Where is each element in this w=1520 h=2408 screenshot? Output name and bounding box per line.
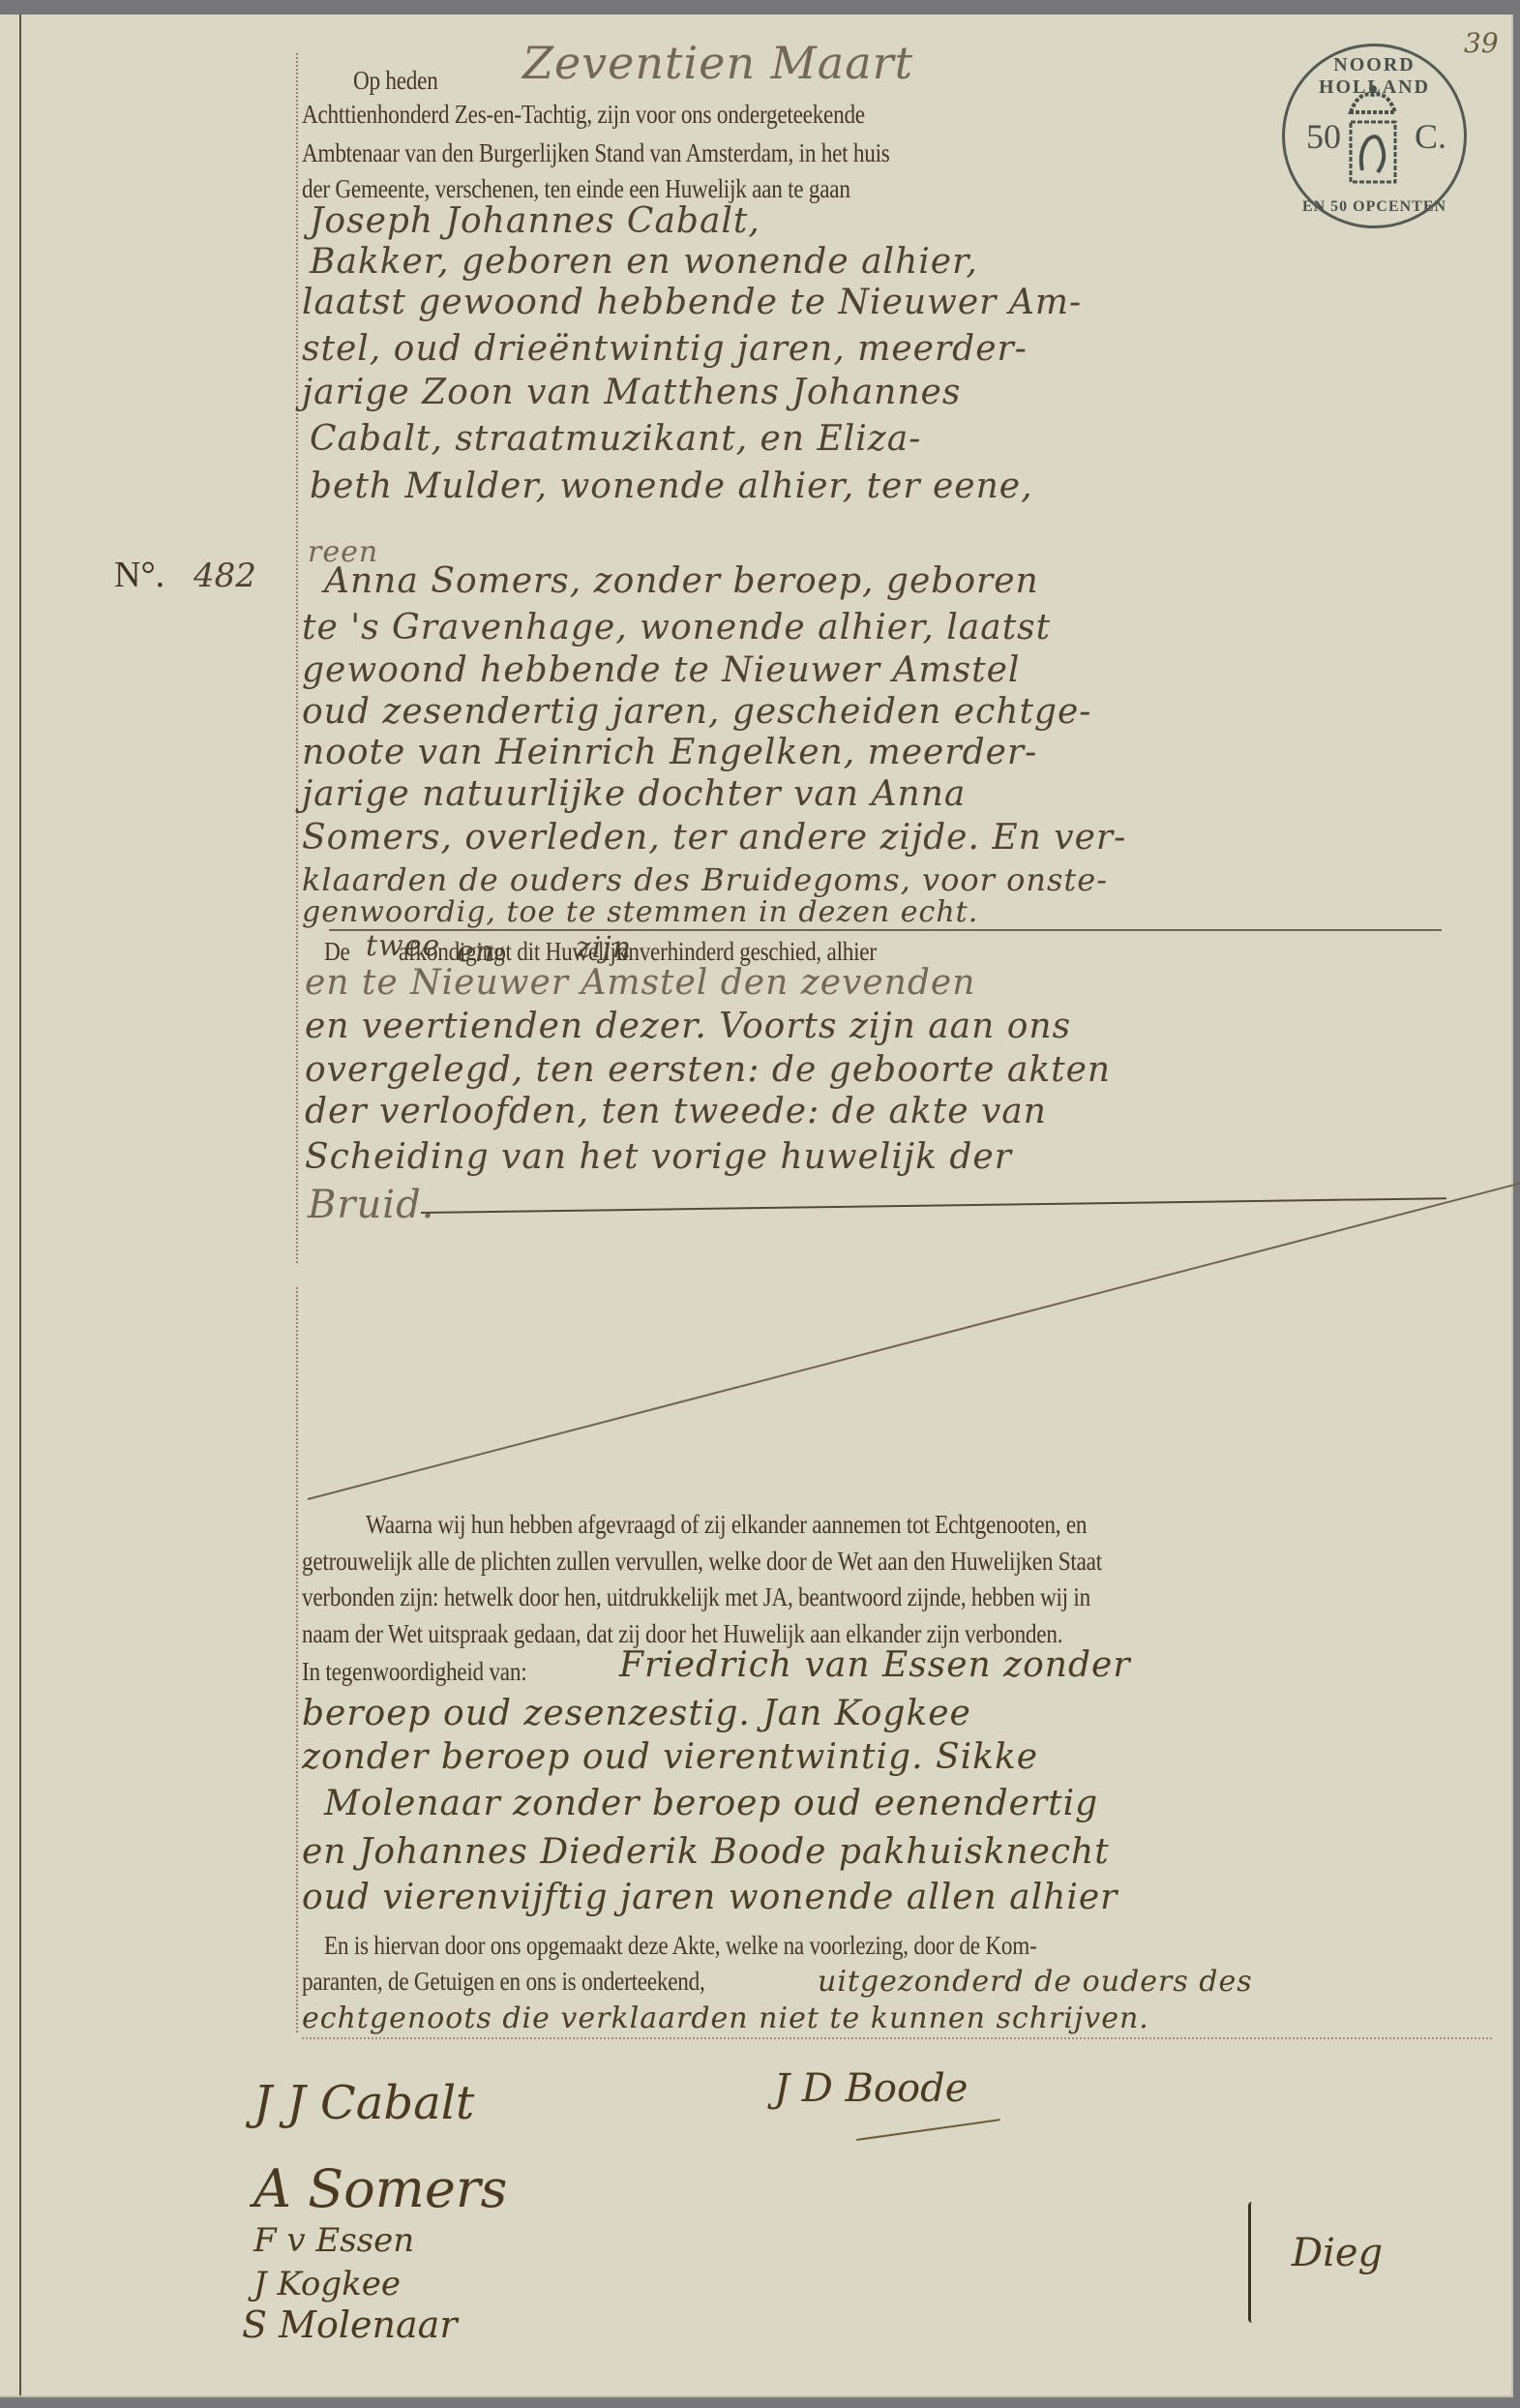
closing-line-1: En is hiervan door ons opgemaakt deze Ak… (324, 1931, 1037, 1961)
bride-line-2: te 's Gravenhage, wonende alhier, laatst (302, 608, 1051, 647)
bride-line-7: Somers, overleden, ter andere zijde. En … (302, 818, 1126, 858)
proclamation-line-6: Bruid. (308, 1183, 434, 1227)
date-handwritten: Zeventien Maart (522, 37, 913, 89)
closing-hand-2: echtgenoots die verklaarden niet te kunn… (302, 2002, 1149, 2035)
closing-line-2: paranten, de Getuigen en ons is ondertee… (302, 1967, 705, 1997)
witness-line-3: zonder beroep oud vierentwintig. Sikke (302, 1737, 1038, 1777)
bride-line-5: noote van Heinrich Engelken, meerder- (302, 733, 1037, 772)
signature-witness-boode: J D Boode (774, 2066, 968, 2111)
witness-line-5: en Johannes Diederik Boode pakhuisknecht (302, 1832, 1110, 1872)
groom-line-7: beth Mulder, wonende alhier, ter eene, (310, 467, 1033, 506)
witness-line-2: beroep oud zesenzestig. Jan Kogkee (302, 1694, 971, 1733)
intro-line-2: Achttienhonderd Zes-en-Tachtig, zijn voo… (302, 100, 865, 130)
signature-witness-molenaar: S Molenaar (242, 2303, 458, 2346)
binding-edge (19, 15, 21, 2395)
groom-line-4: stel, oud drieëntwintig jaren, meerder- (302, 329, 1028, 369)
ceremony-line-5: In tegenwoordigheid van: (302, 1657, 526, 1687)
groom-line-5: jarige Zoon van Matthens Johannes (302, 373, 961, 412)
proclamation-line-4: der verloofden, ten tweede: de akte van (305, 1092, 1047, 1131)
ceremony-line-3: verbonden zijn: hetwelk door hen, uitdru… (302, 1582, 1090, 1612)
groom-line-3: laatst gewoond hebbende te Nieuwer Am- (302, 283, 1082, 322)
groom-line-6: Cabalt, straatmuzikant, en Eliza- (310, 419, 921, 459)
page-number: 39 (1464, 27, 1499, 59)
intro-line-3: Ambtenaar van den Burgerlijken Stand van… (302, 138, 890, 168)
ceremony-line-1: Waarna wij hun hebben afgevraagd of zij … (366, 1510, 1087, 1540)
bride-line-6: jarige natuurlijke dochter van Anna (302, 774, 966, 814)
signature-witness-essen: F v Essen (253, 2221, 414, 2260)
proclamation-line-3: overgelegd, ten eersten: de geboorte akt… (305, 1050, 1111, 1090)
signature-official: Dieg (1292, 2231, 1383, 2275)
stamp-unit: C. (1415, 116, 1446, 157)
signature-separator (302, 2037, 1492, 2039)
signature-witness-kogkee: J Kogkee (253, 2265, 401, 2303)
stamp-value: 50 (1306, 116, 1341, 157)
groom-line-2: Bakker, geboren en wonende alhier, (310, 242, 978, 282)
bride-line-3: gewoond hebbende te Nieuwer Amstel (302, 650, 1020, 690)
witness-line-1: Friedrich van Essen zonder (619, 1645, 1131, 1685)
record-number: 482 (194, 557, 256, 595)
signature-bracket (1248, 2202, 1257, 2323)
intro-line-4: der Gemeente, verschenen, ten einde een … (302, 174, 850, 204)
closing-hand-1: uitgezonderd de ouders des (818, 1965, 1253, 1999)
margin-dotted-line (296, 53, 298, 1263)
signature-groom: J J Cabalt (253, 2076, 474, 2130)
tax-stamp: NOORD HOLLAND 50 C. EN 50 OPCENTEN (1282, 44, 1467, 228)
proclamation-line-5: Scheiding van het vorige huwelijk der (305, 1137, 1012, 1177)
bride-line-9: genwoordig, toe te stemmen in dezen echt… (302, 895, 978, 929)
record-number-label: N°. (114, 554, 164, 596)
ceremony-line-2: getrouwelijk alle de plichten zullen ver… (302, 1547, 1102, 1577)
bride-line-8: klaarden de ouders des Bruidegoms, voor … (302, 861, 1108, 898)
margin-dotted-line-lower (296, 1287, 298, 2032)
bride-line-4: oud zesendertig jaren, gescheiden echtge… (302, 692, 1091, 732)
stamp-bottom-text: EN 50 OPCENTEN (1285, 198, 1464, 216)
crown-lion-crest-icon (1345, 83, 1401, 188)
groom-line-1: Joseph Johannes Cabalt, (310, 201, 760, 241)
proclamation-line-2: en veertienden dezer. Voorts zijn aan on… (305, 1007, 1071, 1046)
bride-line-1: Anna Somers, zonder beroep, geboren (324, 561, 1039, 601)
signature-bride: A Somers (253, 2158, 507, 2219)
proclamation-line-1: en te Nieuwer Amstel den zevenden (305, 963, 975, 1003)
underline-rule (329, 929, 1442, 931)
witness-line-6: oud vierenvijftig jaren wonende allen al… (302, 1878, 1118, 1917)
witness-line-4: Molenaar zonder beroep oud eenendertig (324, 1784, 1098, 1823)
intro-line-1: Op heden (353, 66, 438, 96)
